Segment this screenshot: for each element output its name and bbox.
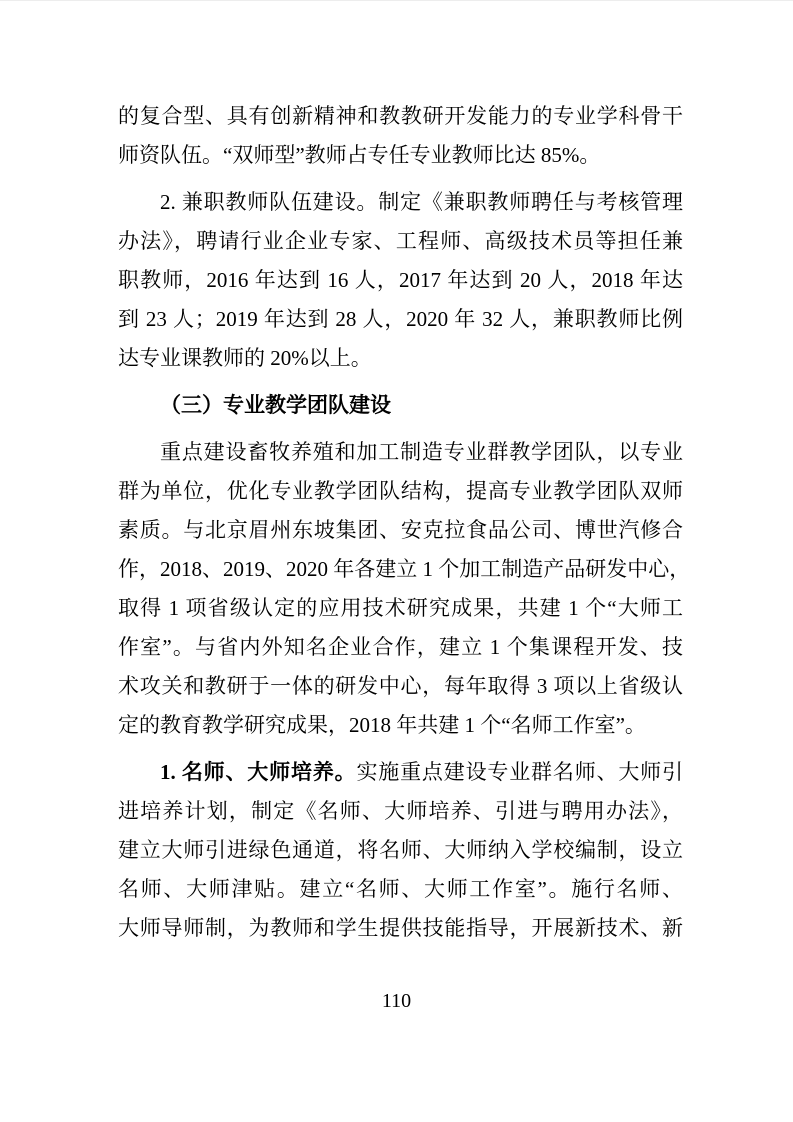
document-page: 的复合型、具有创新精神和教教研开发能力的专业学科骨干 师资队伍。“双师型”教师占… (0, 0, 793, 1122)
text-line: 素质。与北京眉州东坡集团、安克拉食品公司、博世汽修合 (118, 511, 683, 550)
paragraph-continuation: 的复合型、具有创新精神和教教研开发能力的专业学科骨干 师资队伍。“双师型”教师占… (118, 97, 683, 175)
text-line: 进培养计划，制定《名师、大师培养、引进与聘用办法》， (118, 792, 683, 831)
section-heading: （三）专业教学团队建设 (118, 386, 683, 425)
section-heading-block: （三）专业教学团队建设 (118, 386, 683, 425)
text-line: 到 23 人；2019 年达到 28 人，2020 年 32 人，兼职教师比例 (118, 300, 683, 339)
text-line: 2. 兼职教师队伍建设。制定《兼职教师聘任与考核管理 (118, 183, 683, 222)
text-line: 达专业课教师的 20%以上。 (118, 339, 683, 378)
document-body: 的复合型、具有创新精神和教教研开发能力的专业学科骨干 师资队伍。“双师型”教师占… (118, 97, 683, 956)
text-line: 职教师，2016 年达到 16 人，2017 年达到 20 人，2018 年达 (118, 261, 683, 300)
text-line: 作室”。与省内外知名企业合作，建立 1 个集课程开发、技 (118, 628, 683, 667)
page-number: 110 (0, 989, 793, 1013)
text-line: 大师导师制，为教师和学生提供技能指导，开展新技术、新 (118, 909, 683, 948)
text-line: 取得 1 项省级认定的应用技术研究成果，共建 1 个“大师工 (118, 589, 683, 628)
text-line: 作，2018、2019、2020 年各建立 1 个加工制造产品研发中心， (118, 550, 683, 589)
paragraph-teaching-team: 重点建设畜牧养殖和加工制造专业群教学团队，以专业 群为单位，优化专业教学团队结构… (118, 433, 683, 745)
text-line: 建立大师引进绿色通道，将名师、大师纳入学校编制，设立 (118, 831, 683, 870)
paragraph-master-teacher-cultivation: 1. 名师、大师培养。实施重点建设专业群名师、大师引 进培养计划，制定《名师、大… (118, 753, 683, 948)
text-line: 的复合型、具有创新精神和教教研开发能力的专业学科骨干 (118, 97, 683, 136)
paragraph-part-time-teachers: 2. 兼职教师队伍建设。制定《兼职教师聘任与考核管理 办法》，聘请行业企业专家、… (118, 183, 683, 378)
text-line: 定的教育教学研究成果，2018 年共建 1 个“名师工作室”。 (118, 706, 683, 745)
text-line: 师资队伍。“双师型”教师占专任专业教师比达 85%。 (118, 136, 683, 175)
text-line: 办法》，聘请行业企业专家、工程师、高级技术员等担任兼 (118, 222, 683, 261)
paragraph-lead-bold: 1. 名师、大师培养。 (160, 760, 356, 784)
text-line: 重点建设畜牧养殖和加工制造专业群教学团队，以专业 (118, 433, 683, 472)
text-line: 1. 名师、大师培养。实施重点建设专业群名师、大师引 (118, 753, 683, 792)
text-line: 术攻关和教研于一体的研发中心，每年取得 3 项以上省级认 (118, 667, 683, 706)
text-segment: 实施重点建设专业群名师、大师引 (356, 760, 683, 784)
text-line: 名师、大师津贴。建立“名师、大师工作室”。施行名师、 (118, 870, 683, 909)
text-line: 群为单位，优化专业教学团队结构，提高专业教学团队双师 (118, 472, 683, 511)
